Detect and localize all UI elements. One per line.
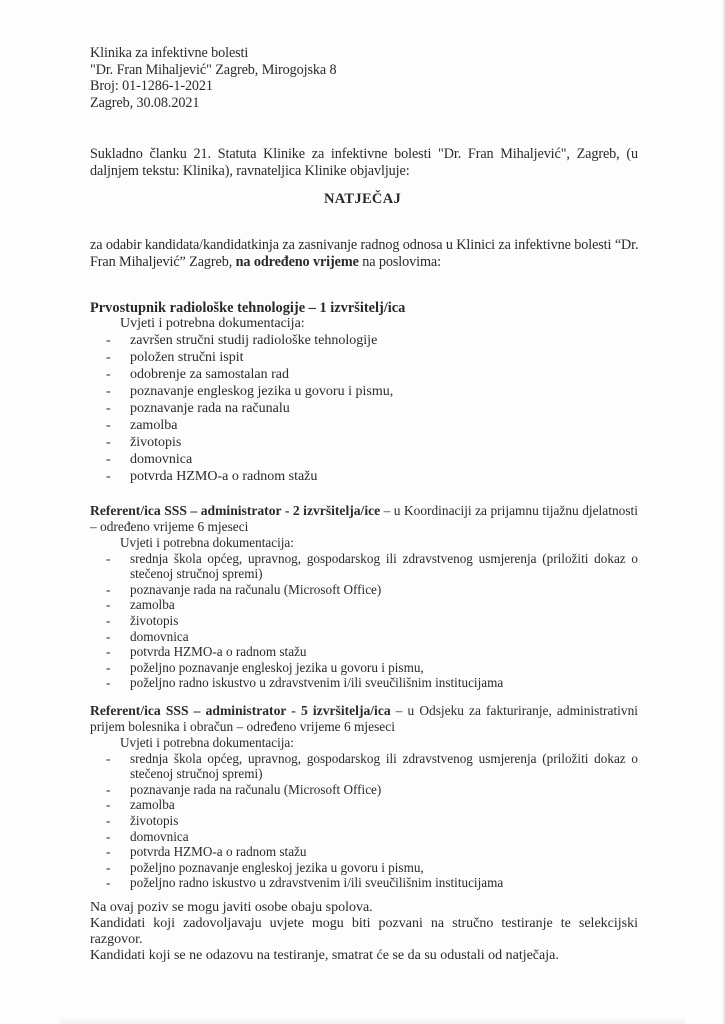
lead-paragraph: za odabir kandidata/kandidatkinja za zas… [90,237,650,271]
document-page: Klinika za infektivne bolesti "Dr. Fran … [0,0,725,1024]
requirement-item: poznavanje rada na računalu (Microsoft O… [90,782,638,798]
requirement-item: zamolba [90,417,638,434]
position-section: Referent/ica SSS – administrator - 5 izv… [90,703,638,891]
requirement-item: potvrda HZMO-a o radnom stažu [90,644,638,660]
requirements-label: Uvjeti i potrebna dokumentacija: [90,316,638,332]
requirement-item: poznavanje engleskog jezika u govoru i p… [90,383,638,400]
position-title: Referent/ica SSS – administrator - 5 izv… [90,703,391,718]
requirement-item: poželjno poznavanje engleskoj jezika u g… [90,660,638,676]
requirement-item: odobrenje za samostalan rad [90,366,638,383]
requirement-item: domovnica [90,629,638,645]
requirement-item: životopis [90,613,638,629]
requirements-list: srednja škola općeg, upravnog, gospodars… [90,751,638,891]
requirements-list: srednja škola općeg, upravnog, gospodars… [90,551,638,691]
institution-address: "Dr. Fran Mihaljević" Zagreb, Mirogojska… [90,62,337,79]
letterhead: Klinika za infektivne bolesti "Dr. Fran … [90,45,337,111]
requirement-item: poznavanje rada na računalu [90,400,638,417]
reference-number: Broj: 01-1286-1-2021 [90,78,337,95]
requirements-label: Uvjeti i potrebna dokumentacija: [90,535,638,551]
lead-emphasis: na određeno vrijeme [236,254,359,270]
position-section: Referent/ica SSS – administrator - 2 izv… [90,503,638,691]
requirement-item: potvrda HZMO-a o radnom stažu [90,468,638,485]
intro-paragraph: Sukladno članku 21. Statuta Klinike za i… [90,146,638,180]
note-withdrawal: Kandidati koji se ne odazovu na testiran… [90,948,638,964]
place-date: Zagreb, 30.08.2021 [90,95,337,112]
requirement-item: životopis [90,813,638,829]
requirement-item: domovnica [90,451,638,468]
requirement-item: položen stručni ispit [90,349,638,366]
lead-text-2: na poslovima: [359,254,441,270]
position-title: Referent/ica SSS – administrator - 2 izv… [90,503,380,518]
requirement-item: zamolba [90,797,638,813]
scan-shadow [60,1018,685,1024]
note-testing: Kandidati koji zadovoljavaju uvjete mogu… [90,916,638,948]
position-title: Prvostupnik radiološke tehnologije – 1 i… [90,300,638,316]
requirements-list: završen stručni studij radiološke tehnol… [90,332,638,485]
requirement-item: zamolba [90,597,638,613]
requirement-item: poželjno radno iskustvo u zdravstvenim i… [90,875,638,891]
institution-name: Klinika za infektivne bolesti [90,45,337,62]
document-title: NATJEČAJ [0,191,725,207]
position-heading: Referent/ica SSS – administrator - 2 izv… [90,503,638,535]
position-heading: Referent/ica SSS – administrator - 5 izv… [90,703,638,735]
requirement-item: potvrda HZMO-a o radnom stažu [90,844,638,860]
requirement-item: domovnica [90,829,638,845]
requirement-item: srednja škola općeg, upravnog, gospodars… [90,551,638,582]
requirement-item: srednja škola općeg, upravnog, gospodars… [90,751,638,782]
position-section: Prvostupnik radiološke tehnologije – 1 i… [90,300,638,485]
requirement-item: životopis [90,434,638,451]
closing-notes: Na ovaj poziv se mogu javiti osobe obaju… [90,900,638,964]
note-eligibility: Na ovaj poziv se mogu javiti osobe obaju… [90,900,638,916]
requirement-item: poznavanje rada na računalu (Microsoft O… [90,582,638,598]
requirements-label: Uvjeti i potrebna dokumentacija: [90,735,638,751]
requirement-item: poželjno poznavanje engleskoj jezika u g… [90,860,638,876]
requirement-item: poželjno radno iskustvo u zdravstvenim i… [90,675,638,691]
requirement-item: završen stručni studij radiološke tehnol… [90,332,638,349]
